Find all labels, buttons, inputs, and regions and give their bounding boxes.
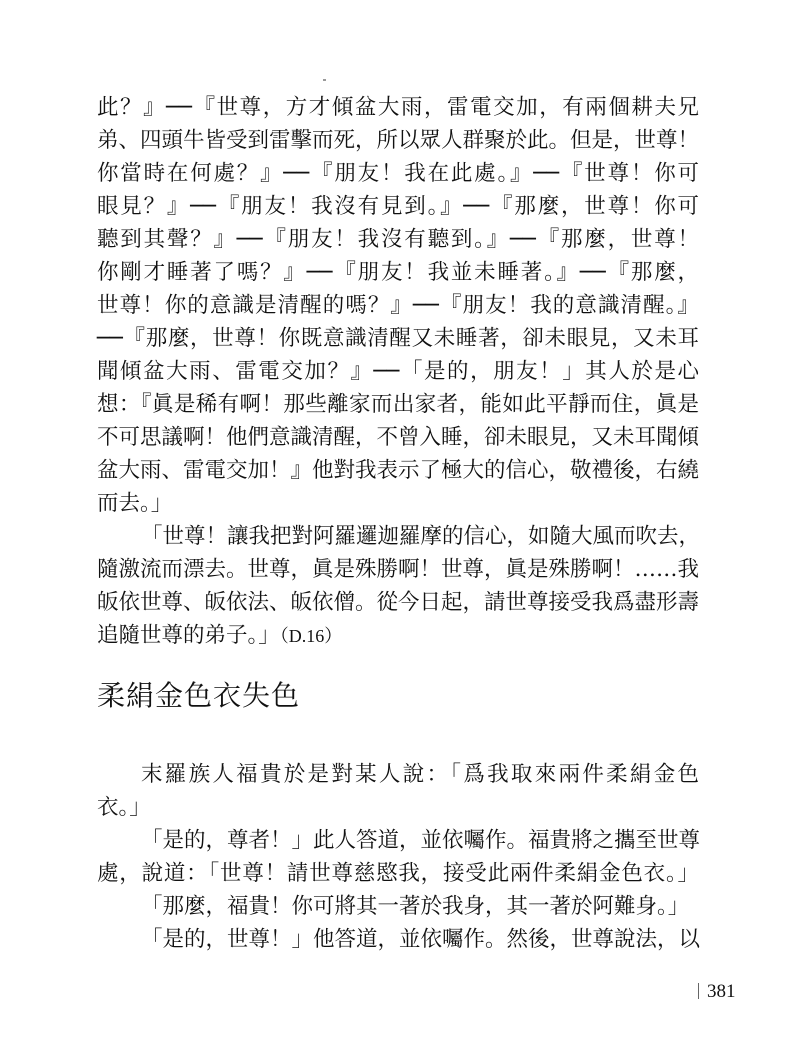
text-line: 皈依世尊、皈依法、皈依僧。從今日起，請世尊接受我爲盡形壽 [97,586,699,619]
scan-mark [323,79,326,81]
text-line: 「那麼，福貴！你可將其一著於我身，其一著於阿難身。」 [141,890,699,923]
text-line: 眼見？』──『朋友！我沒有見到。』──『那麼，世尊！你可 [97,190,699,223]
text-line: 弟、四頭牛皆受到雷擊而死，所以眾人群聚於此。但是，世尊！ [97,124,699,157]
text-line: ──『那麼，世尊！你既意識清醒又未睡著，卻未眼見，又未耳 [97,322,699,355]
section-heading: 柔絹金色衣失色 [97,676,300,716]
text-line: 「是的，世尊！」他答道，並依囑作。然後，世尊說法，以 [141,923,699,956]
text-line: 隨激流而漂去。世尊，眞是殊勝啊！世尊，眞是殊勝啊！……我 [97,553,699,586]
text-line: 「世尊！讓我把對阿羅邏迦羅摩的信心，如隨大風而吹去， [141,520,699,553]
text-line: 而去。」 [97,487,699,520]
text-span: 追隨世尊的弟子。」 [97,623,280,648]
text-line: 此？』──『世尊，方才傾盆大雨，雷電交加，有兩個耕夫兄 [97,91,699,124]
book-page: 此？』──『世尊，方才傾盆大雨，雷電交加，有兩個耕夫兄 弟、四頭牛皆受到雷擊而死… [0,0,792,1056]
text-line: 「是的，尊者！」此人答道，並依囑作。福貴將之攜至世尊 [141,824,699,857]
text-line: 你當時在何處？』──『朋友！我在此處。』──『世尊！你可 [97,157,699,190]
page-number-divider [698,983,699,999]
page-number: 381 [698,980,736,1004]
text-line: 處，說道：「世尊！請世尊慈愍我，接受此兩件柔絹金色衣。」 [97,857,699,890]
page-number-value: 381 [707,981,736,1002]
text-line: 追隨世尊的弟子。」（D.16） [97,619,699,652]
text-line: 不可思議啊！他們意識清醒，不曾入睡，卻未眼見，又未耳聞傾 [97,421,699,454]
text-line: 聽到其聲？』──『朋友！我沒有聽到。』──『那麼，世尊！ [97,223,699,256]
text-line: 你剛才睡著了嗎？』──『朋友！我並未睡著。』──『那麼， [97,256,699,289]
citation: （D.16） [280,626,343,646]
text-line: 想：『眞是稀有啊！那些離家而出家者，能如此平靜而住，眞是 [97,388,699,421]
text-line: 聞傾盆大雨、雷電交加？』──「是的，朋友！」其人於是心 [97,355,699,388]
text-line: 衣。」 [97,791,699,824]
text-line: 盆大雨、雷電交加！』他對我表示了極大的信心，敬禮後，右繞 [97,454,699,487]
text-line: 末羅族人福貴於是對某人說：「爲我取來兩件柔絹金色 [141,758,699,791]
text-line: 世尊！你的意識是清醒的嗎？』──『朋友！我的意識清醒。』 [97,289,699,322]
